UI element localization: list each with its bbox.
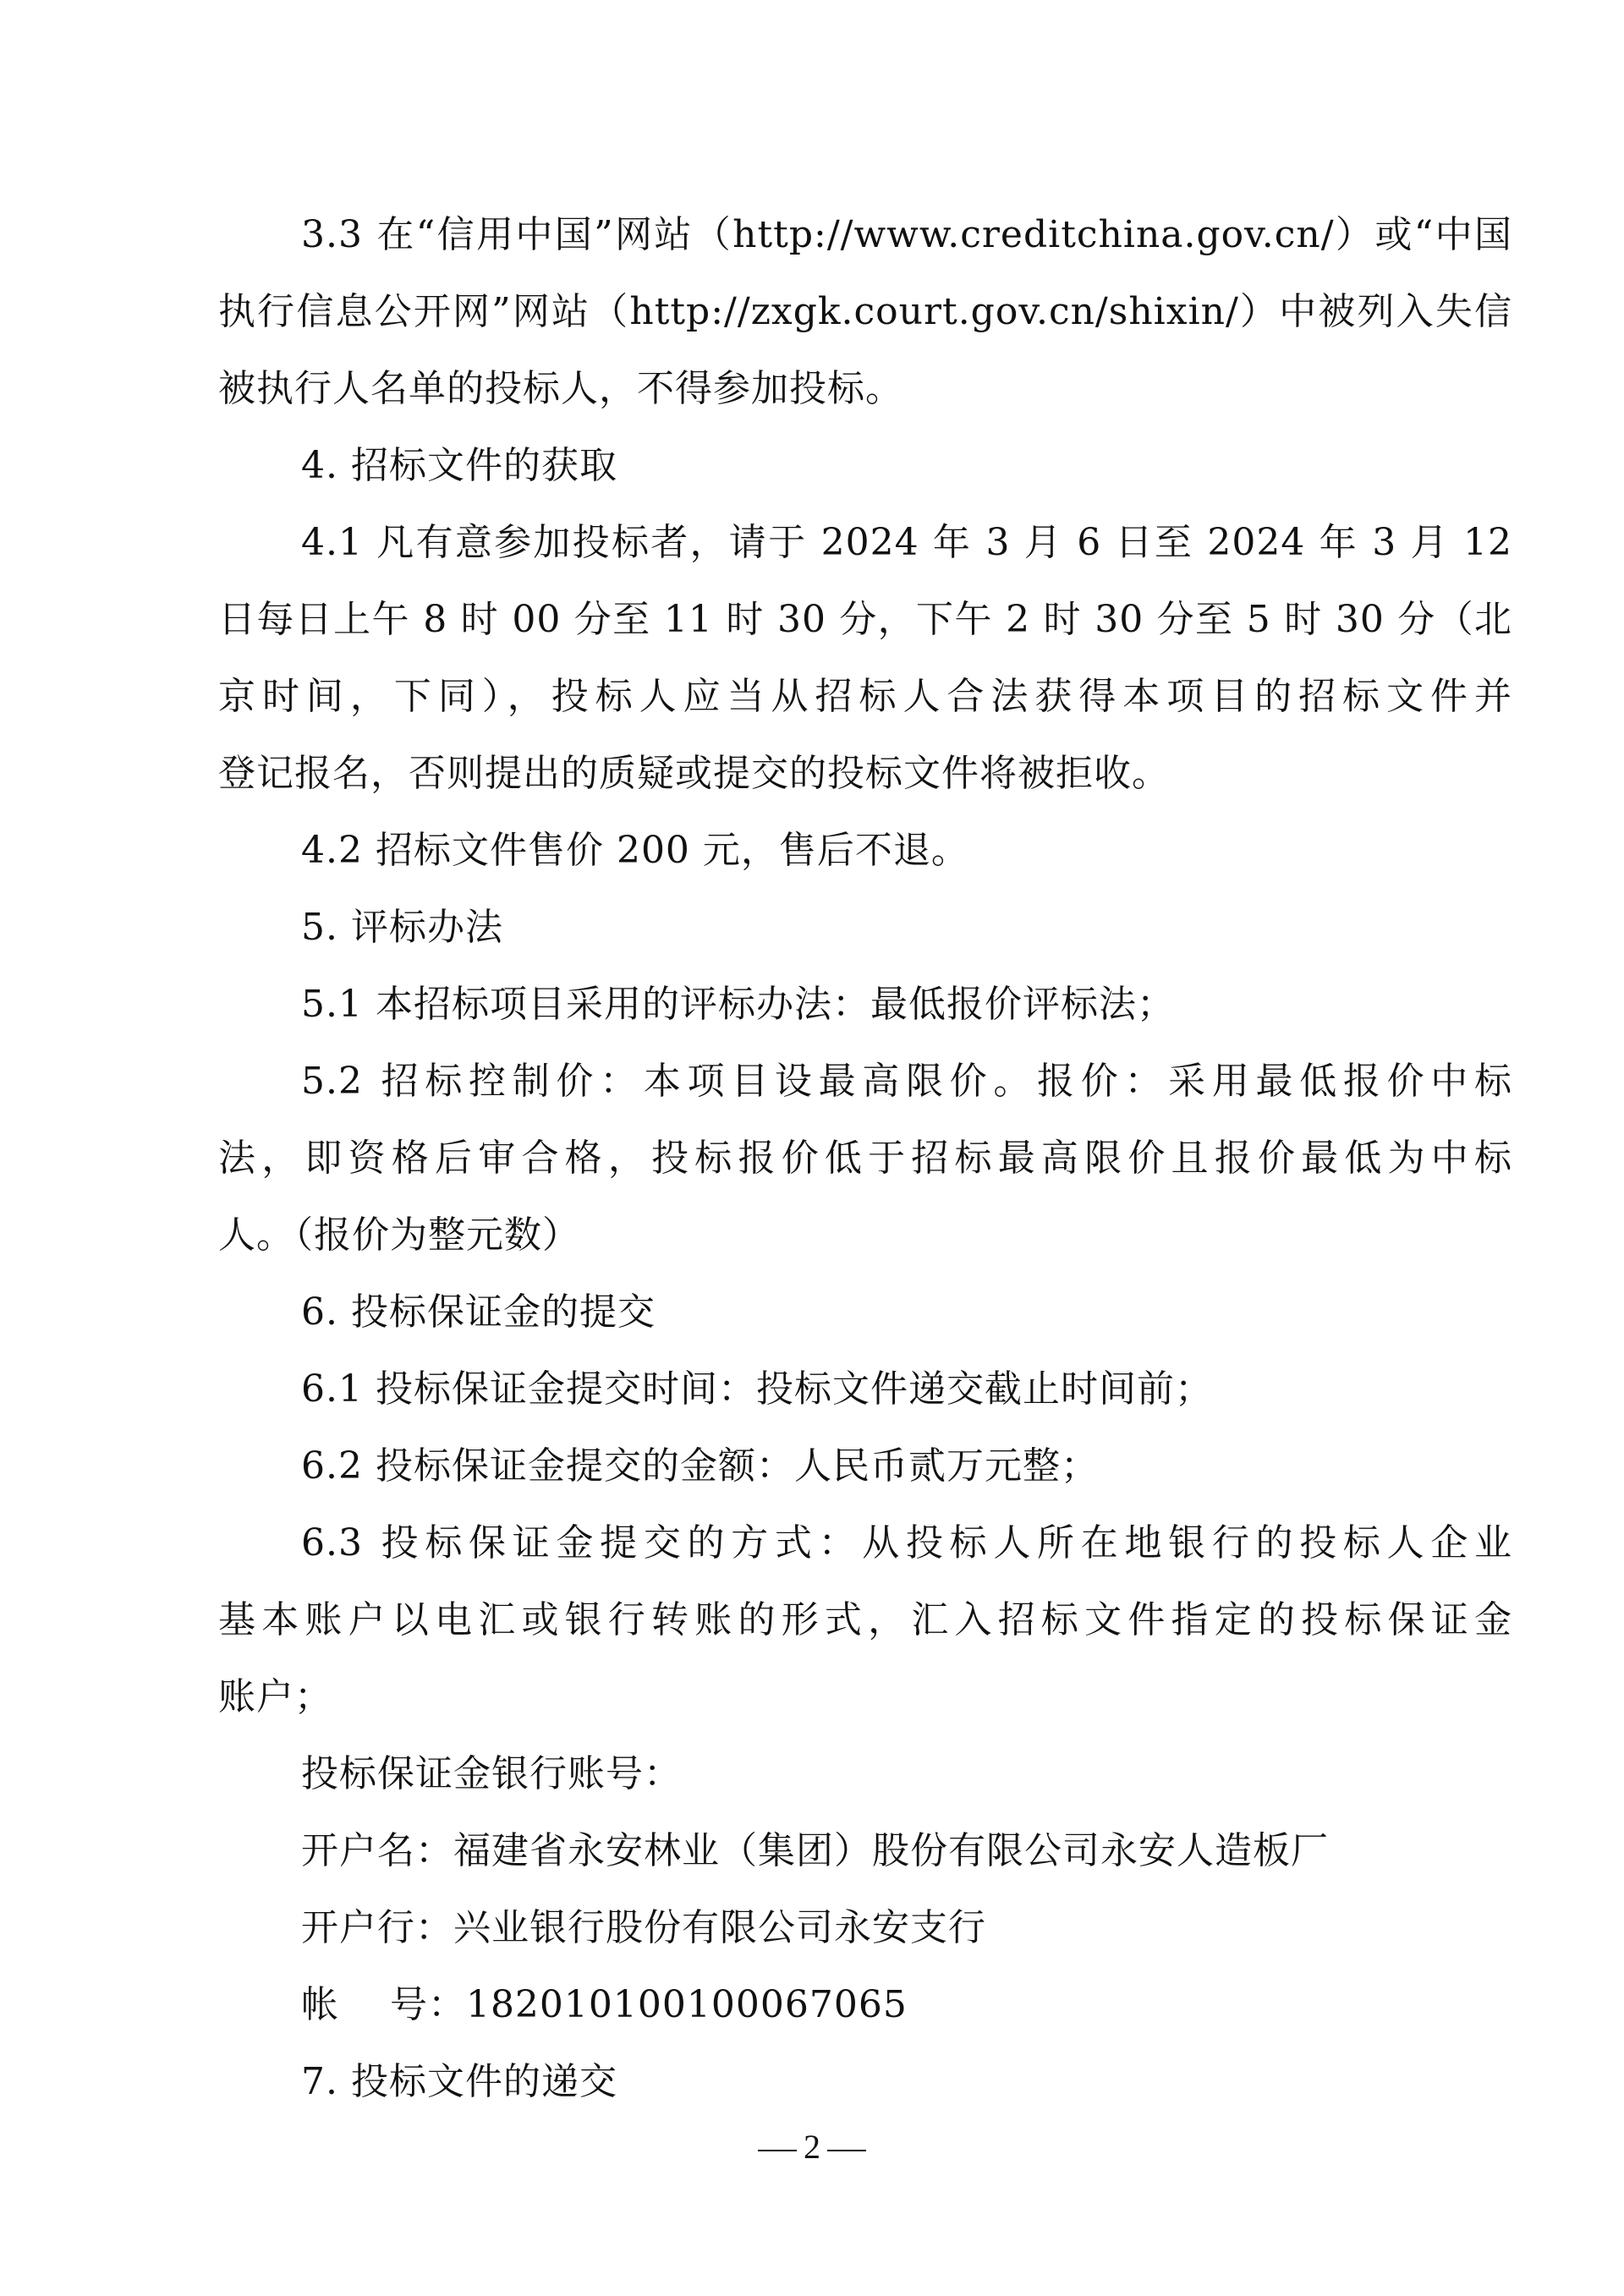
document-page: 3.3 在“信用中国”网站（http://www.creditchina.gov… (0, 0, 1624, 2296)
text-line: 4.2 招标文件售价 200 元，售后不退。 (218, 812, 1512, 889)
paragraph-6-3: 6.3 投标保证金提交的方式：从投标人所在地银行的投标人企业 基本账户以电汇或银… (218, 1504, 1512, 1735)
section-heading-6: 6. 投标保证金的提交 (218, 1274, 1512, 1351)
text-line: 6.3 投标保证金提交的方式：从投标人所在地银行的投标人企业 (218, 1504, 1512, 1581)
paragraph-3-3: 3.3 在“信用中国”网站（http://www.creditchina.gov… (218, 196, 1512, 427)
bank-branch: 开户行：兴业银行股份有限公司永安支行 (218, 1889, 1512, 1966)
text-line: 帐 号：182010100100067065 (218, 1966, 1512, 2043)
page-number: 2 (804, 2128, 820, 2166)
paragraph-6-2: 6.2 投标保证金提交的金额：人民币贰万元整； (218, 1427, 1512, 1504)
text-line: 登记报名，否则提出的质疑或提交的投标文件将被拒收。 (218, 735, 1512, 812)
dash-decoration (758, 2150, 797, 2151)
section-heading-text: 6. 投标保证金的提交 (218, 1274, 1512, 1351)
page-footer: 2 (0, 2126, 1624, 2168)
text-line: 开户行：兴业银行股份有限公司永安支行 (218, 1889, 1512, 1966)
text-line: 5.2 招标控制价：本项目设最高限价。报价：采用最低报价中标 (218, 1043, 1512, 1120)
section-heading-4: 4. 招标文件的获取 (218, 427, 1512, 504)
section-heading-5: 5. 评标办法 (218, 889, 1512, 966)
text-line: 6.1 投标保证金提交时间：投标文件递交截止时间前； (218, 1351, 1512, 1427)
text-line: 执行信息公开网”网站（http://zxgk.court.gov.cn/shix… (218, 273, 1512, 350)
text-line: 人。（报价为整元数） (218, 1197, 1512, 1274)
text-line: 法，即资格后审合格，投标报价低于招标最高限价且报价最低为中标 (218, 1120, 1512, 1197)
text-line: 基本账户以电汇或银行转账的形式，汇入招标文件指定的投标保证金 (218, 1581, 1512, 1658)
text-line: 开户名：福建省永安林业（集团）股份有限公司永安人造板厂 (218, 1812, 1512, 1889)
text-line: 被执行人名单的投标人，不得参加投标。 (218, 350, 1512, 427)
text-line: 3.3 在“信用中国”网站（http://www.creditchina.gov… (218, 196, 1512, 273)
text-line: 4.1 凡有意参加投标者，请于 2024 年 3 月 6 日至 2024 年 3… (218, 504, 1512, 581)
document-body: 3.3 在“信用中国”网站（http://www.creditchina.gov… (218, 196, 1512, 2120)
paragraph-4-1: 4.1 凡有意参加投标者，请于 2024 年 3 月 6 日至 2024 年 3… (218, 504, 1512, 812)
bank-account-title: 投标保证金银行账号： (218, 1735, 1512, 1812)
section-heading-text: 7. 投标文件的递交 (218, 2043, 1512, 2120)
account-number: 帐 号：182010100100067065 (218, 1966, 1512, 2043)
account-name: 开户名：福建省永安林业（集团）股份有限公司永安人造板厂 (218, 1812, 1512, 1889)
text-line: 日每日上午 8 时 00 分至 11 时 30 分，下午 2 时 30 分至 5… (218, 581, 1512, 658)
dash-decoration (827, 2150, 866, 2151)
section-heading-text: 5. 评标办法 (218, 889, 1512, 966)
section-heading-text: 4. 招标文件的获取 (218, 427, 1512, 504)
text-line: 投标保证金银行账号： (218, 1735, 1512, 1812)
text-line: 京时间，下同），投标人应当从招标人合法获得本项目的招标文件并 (218, 658, 1512, 735)
section-heading-7: 7. 投标文件的递交 (218, 2043, 1512, 2120)
text-line: 账户； (218, 1658, 1512, 1735)
paragraph-6-1: 6.1 投标保证金提交时间：投标文件递交截止时间前； (218, 1351, 1512, 1427)
text-line: 5.1 本招标项目采用的评标办法：最低报价评标法； (218, 966, 1512, 1043)
paragraph-5-1: 5.1 本招标项目采用的评标办法：最低报价评标法； (218, 966, 1512, 1043)
paragraph-5-2: 5.2 招标控制价：本项目设最高限价。报价：采用最低报价中标 法，即资格后审合格… (218, 1043, 1512, 1274)
paragraph-4-2: 4.2 招标文件售价 200 元，售后不退。 (218, 812, 1512, 889)
text-line: 6.2 投标保证金提交的金额：人民币贰万元整； (218, 1427, 1512, 1504)
